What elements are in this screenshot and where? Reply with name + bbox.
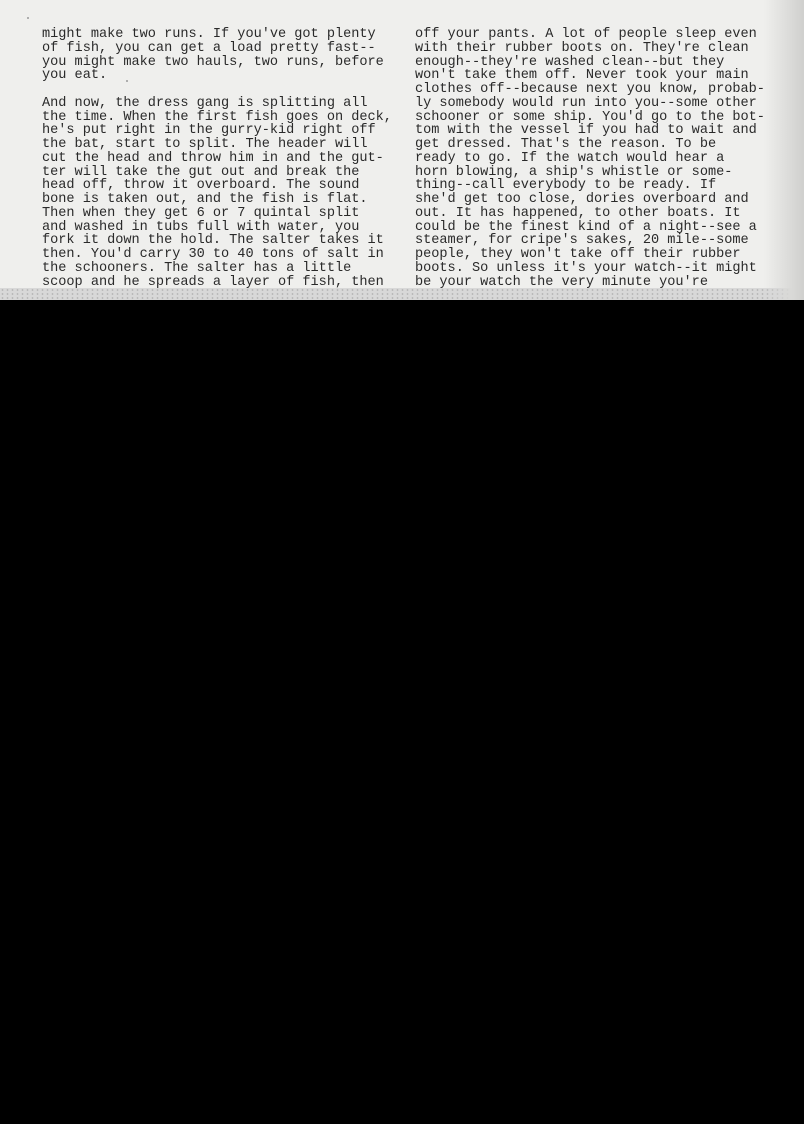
paper-speck xyxy=(27,17,29,19)
text-line: head off, throw it overboard. The sound xyxy=(42,179,392,193)
text-line: people, they won't take off their rubber xyxy=(415,248,765,262)
text-line: the time. When the first fish goes on de… xyxy=(42,111,392,125)
text-line: out. It has happened, to other boats. It xyxy=(415,207,765,221)
text-line: ter will take the gut out and break the xyxy=(42,166,392,180)
text-line: thing--call everybody to be ready. If xyxy=(415,179,765,193)
text-line: of fish, you can get a load pretty fast-… xyxy=(42,42,392,56)
text-line: bone is taken out, and the fish is flat. xyxy=(42,193,392,207)
text-line: you might make two hauls, two runs, befo… xyxy=(42,56,392,70)
scanned-page: might make two runs. If you've got plent… xyxy=(0,0,804,300)
text-line: he's put right in the gurry-kid right of… xyxy=(42,124,392,138)
text-line: you eat. xyxy=(42,69,392,83)
text-line: with their rubber boots on. They're clea… xyxy=(415,42,765,56)
text-line: Then when they get 6 or 7 quintal split xyxy=(42,207,392,221)
text-line: the bat, start to split. The header will xyxy=(42,138,392,152)
text-line: then. You'd carry 30 to 40 tons of salt … xyxy=(42,248,392,262)
paragraph: off your pants. A lot of people sleep ev… xyxy=(415,28,765,289)
text-line: ready to go. If the watch would hear a xyxy=(415,152,765,166)
right-text-column: off your pants. A lot of people sleep ev… xyxy=(415,28,765,300)
text-line: And now, the dress gang is splitting all xyxy=(42,97,392,111)
text-line: schooner or some ship. You'd go to the b… xyxy=(415,111,765,125)
text-line: enough--they're washed clean--but they xyxy=(415,56,765,70)
text-line: get dressed. That's the reason. To be xyxy=(415,138,765,152)
text-line: might make two runs. If you've got plent… xyxy=(42,28,392,42)
text-line: tom with the vessel if you had to wait a… xyxy=(415,124,765,138)
text-line: and washed in tubs full with water, you xyxy=(42,221,392,235)
text-line: she'd get too close, dories overboard an… xyxy=(415,193,765,207)
paragraph: might make two runs. If you've got plent… xyxy=(42,28,392,83)
text-line: cut the head and throw him in and the gu… xyxy=(42,152,392,166)
text-line: could be the finest kind of a night--see… xyxy=(415,221,765,235)
text-line: off your pants. A lot of people sleep ev… xyxy=(415,28,765,42)
paragraph: And now, the dress gang is splitting all… xyxy=(42,97,392,300)
text-line: won't take them off. Never took your mai… xyxy=(415,69,765,83)
scan-cutoff-dither xyxy=(0,288,804,300)
text-line: boots. So unless it's your watch--it mig… xyxy=(415,262,765,276)
blank-black-region xyxy=(0,300,804,1124)
text-line: the schooners. The salter has a little xyxy=(42,262,392,276)
text-line: fork it down the hold. The salter takes … xyxy=(42,234,392,248)
text-line: ly somebody would run into you--some oth… xyxy=(415,97,765,111)
left-text-column: might make two runs. If you've got plent… xyxy=(42,28,392,300)
text-line: steamer, for cripe's sakes, 20 mile--som… xyxy=(415,234,765,248)
text-line: clothes off--because next you know, prob… xyxy=(415,83,765,97)
text-line: horn blowing, a ship's whistle or some- xyxy=(415,166,765,180)
